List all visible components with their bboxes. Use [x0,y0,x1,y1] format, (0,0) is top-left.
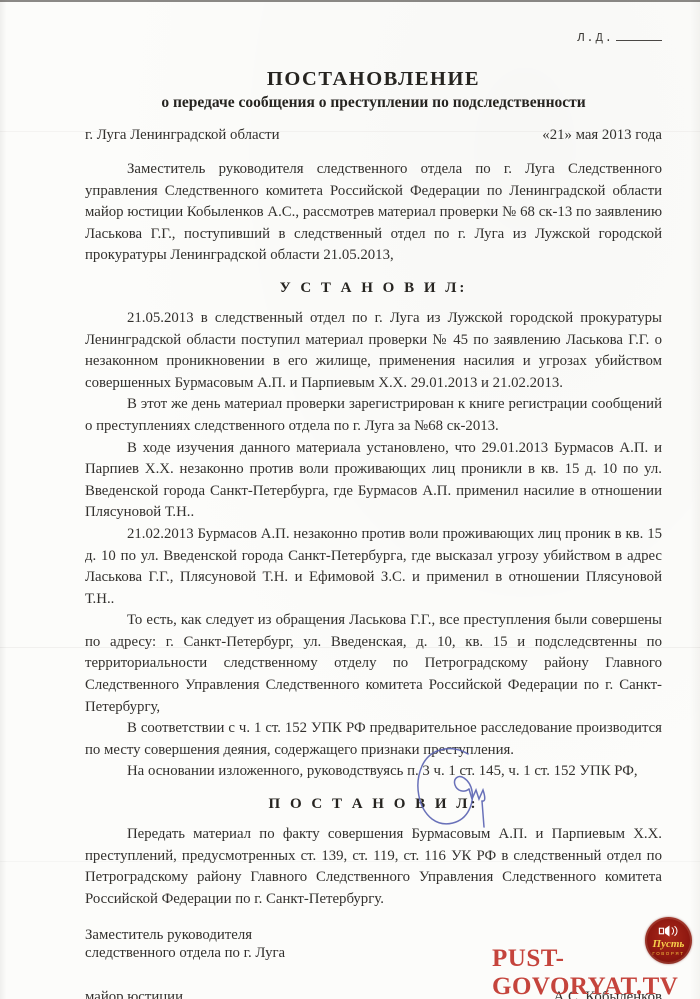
body-paragraph: В соответствии с ч. 1 ст. 152 УПК РФ пре… [85,718,662,761]
tv-show-logo: Пусть ГОВОРЯТ [645,917,692,964]
place-date-row: г. Луга Ленинградской области «21» мая 2… [85,127,662,144]
document-content: Л.Д. ПОСТАНОВЛЕНИЕ о передаче сообщения … [85,0,662,999]
preamble-paragraph: Заместитель руководителя следственного о… [85,159,662,267]
body-paragraph: На основании изложенного, руководствуясь… [85,761,662,783]
signer-position-line1: Заместитель руководителя [85,926,662,944]
preamble-section: Заместитель руководителя следственного о… [85,159,662,267]
handwritten-signature-icon [412,744,512,839]
resolved-paragraph: Передать материал по факту совершения Бу… [85,824,662,910]
scanned-document-page: Л.Д. ПОСТАНОВЛЕНИЕ о передаче сообщения … [0,0,700,999]
body-paragraph: То есть, как следует из обращения Ласько… [85,610,662,718]
body-paragraph: 21.05.2013 в следственный отдел по г. Лу… [85,308,662,394]
resolved-section: Передать материал по факту совершения Бу… [85,824,662,910]
place-label: г. Луга Ленинградской области [85,127,280,144]
logo-title: Пусть [653,939,685,949]
blank-line [616,40,662,41]
ld-label: Л.Д. [577,31,614,45]
established-section: 21.05.2013 в следственный отдел по г. Лу… [85,308,662,783]
document-subtitle: о передаче сообщения о преступлении по п… [85,94,662,112]
resolved-heading: П О С Т А Н О В И Л: [85,796,662,813]
body-paragraph: В ходе изучения данного материала устано… [85,438,662,524]
established-heading: У С Т А Н О В И Л: [85,280,662,297]
date-label: «21» мая 2013 года [542,127,662,144]
speaker-icon [658,924,680,938]
logo-subtitle: ГОВОРЯТ [652,951,684,956]
signer-rank: майор юстиции [85,988,183,999]
document-title: ПОСТАНОВЛЕНИЕ [85,68,662,91]
case-sheet-label: Л.Д. [85,31,662,45]
body-paragraph: В этот же день материал проверки зарегис… [85,394,662,437]
body-paragraph: 21.02.2013 Бурмасов А.П. незаконно проти… [85,524,662,610]
